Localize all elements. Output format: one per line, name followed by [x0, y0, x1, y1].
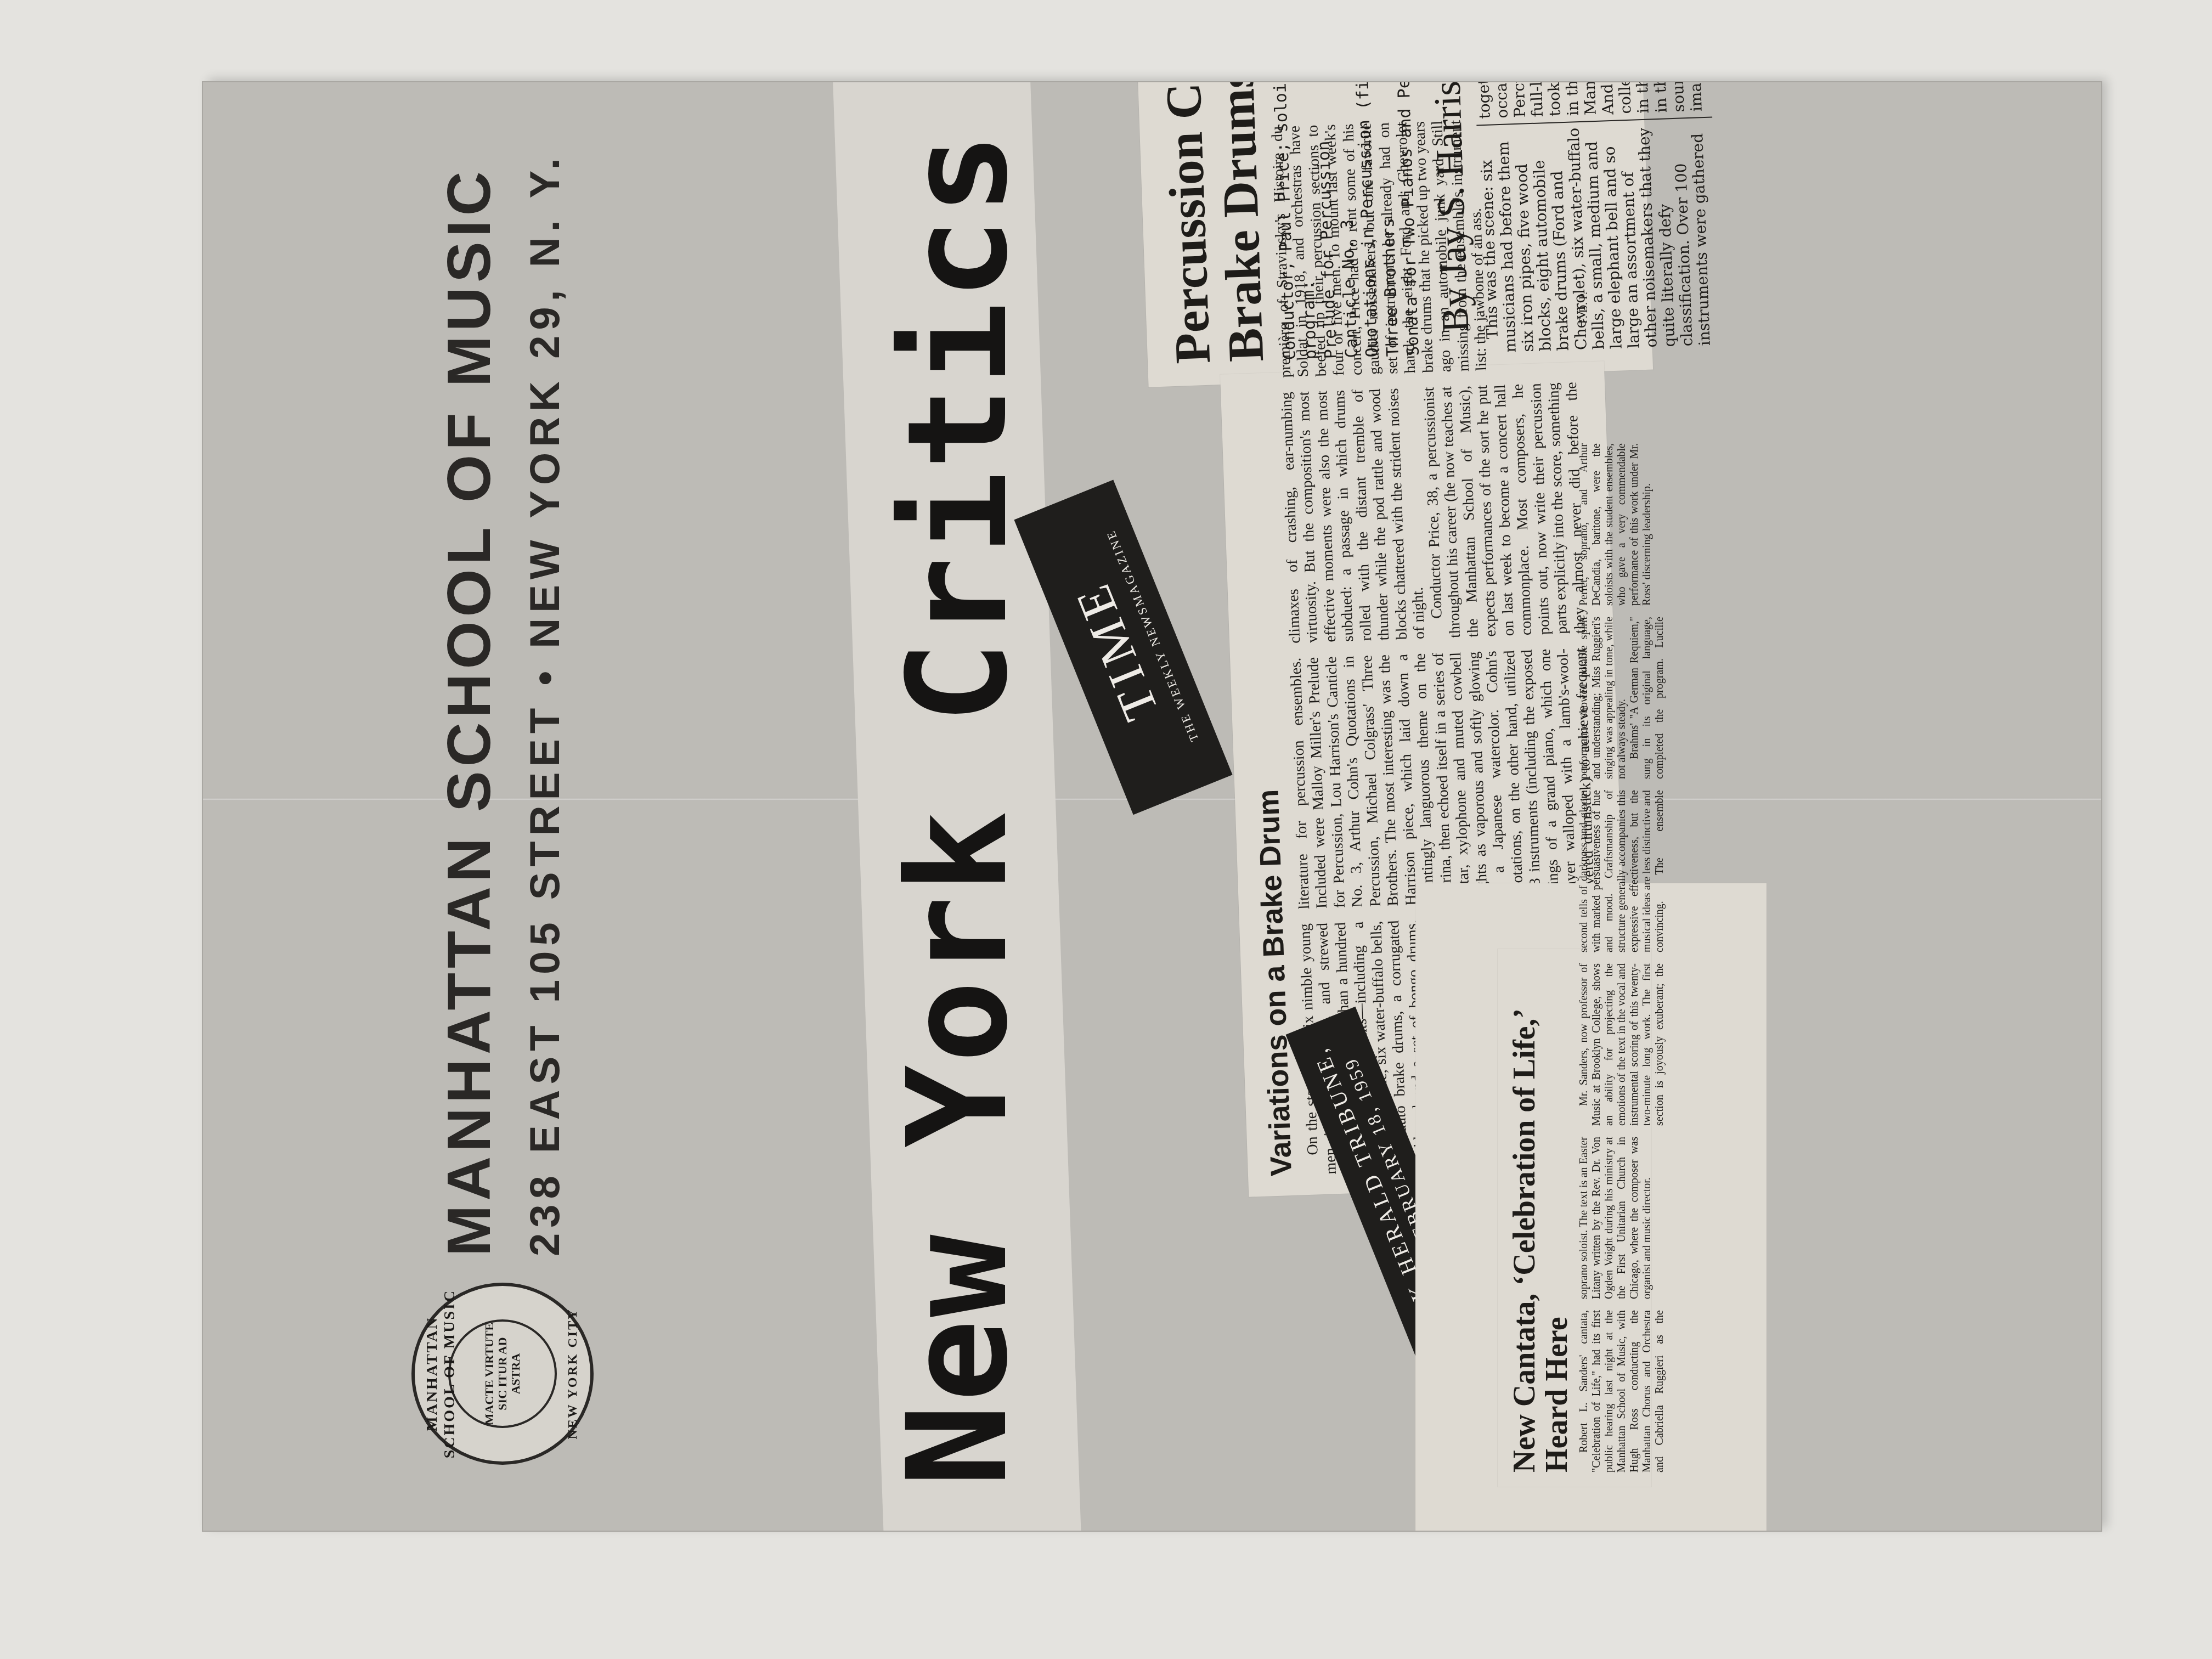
school-address: 238 EAST 105 STREET • NEW YORK 29, N. Y. — [521, 153, 569, 1256]
cantata-signature: F. D. P. — [1578, 270, 1590, 432]
cantata-headline-2: ‘Celebration of — [1508, 1087, 1542, 1285]
percussion-headline-1: Percussion Concert Uses — [1142, 82, 1220, 364]
newsletter-sheet: MANHATTAN SCHOOL OF MUSIC MACTE VIRTUTE … — [203, 82, 2101, 1531]
seal-ring-top: MANHATTAN SCHOOL OF MUSIC — [424, 1286, 459, 1462]
school-name: MANHATTAN SCHOOL OF MUSIC — [433, 167, 504, 1256]
cantata-headline-1: New Cantata, — [1508, 1293, 1542, 1472]
seal-ring-bottom: NEW YORK CITY — [566, 1286, 580, 1462]
school-seal: MANHATTAN SCHOOL OF MUSIC MACTE VIRTUTE … — [411, 1283, 594, 1465]
page-headline: New York Critics Write... — [878, 82, 1037, 1487]
seal-motto: MACTE VIRTUTE SIC ITUR AD ASTRA — [448, 1319, 557, 1428]
cantata-article-body: New Cantata, ‘Celebration of Life,’ Hear… — [1498, 949, 1651, 1487]
cantata-body: Robert L. Sanders' cantata, "Celebration… — [1578, 963, 1671, 1472]
